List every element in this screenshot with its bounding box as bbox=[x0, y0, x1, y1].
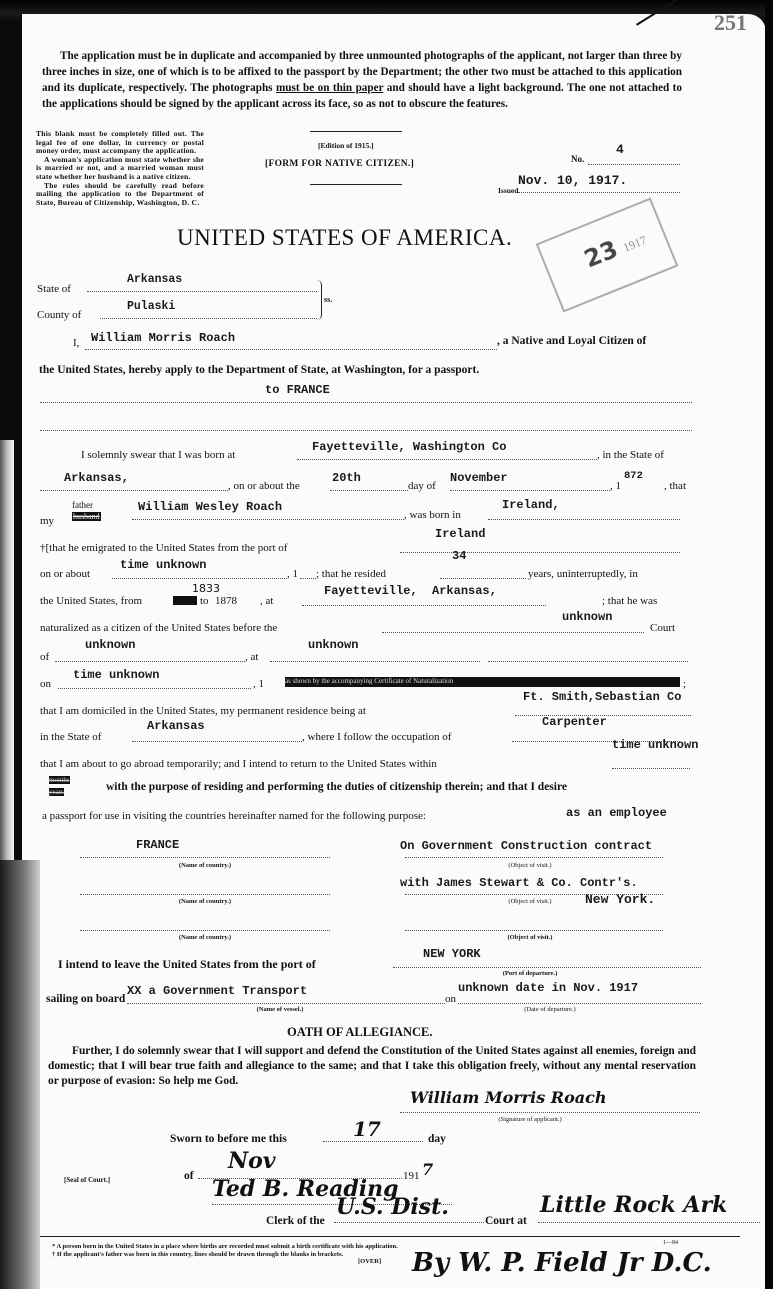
domicile-value: Ft. Smith,Sebastian Co bbox=[523, 690, 681, 704]
deputy-clerk-signature: By W. P. Field Jr D.C. bbox=[412, 1248, 712, 1278]
year-prefix: , 1 bbox=[610, 480, 621, 492]
visit-label: a passport for use in visiting the count… bbox=[42, 810, 426, 822]
domicile-field[interactable]: Ft. Smith,Sebastian Co bbox=[515, 698, 691, 716]
to-year-value[interactable]: 1878 bbox=[215, 595, 237, 607]
clerk-of-label: Clerk of the bbox=[266, 1215, 325, 1227]
oath-text: Further, I do solemnly swear that I will… bbox=[48, 1044, 696, 1089]
footnote-rule bbox=[40, 1236, 740, 1237]
birth-state-value: Arkansas, bbox=[64, 471, 129, 485]
court-of-value: unknown bbox=[85, 638, 135, 652]
years-struck: years bbox=[49, 788, 64, 796]
departure-port-field[interactable]: NEW YORK bbox=[393, 950, 701, 968]
departure-date-value: unknown date in Nov. 1917 bbox=[458, 981, 638, 995]
signature-caption: (Signature of applicant.) bbox=[470, 1116, 590, 1123]
father-name-field[interactable]: William Wesley Roach bbox=[132, 502, 404, 520]
footnote-over: [OVER] bbox=[52, 1258, 398, 1266]
country-field-2[interactable] bbox=[80, 882, 330, 895]
number-field[interactable]: 4 bbox=[588, 142, 680, 165]
sworn-day-label: day bbox=[428, 1133, 446, 1145]
emigration-port-value: Ireland bbox=[435, 527, 485, 541]
emigrated-on-label: on or about bbox=[40, 568, 90, 580]
document-title: UNITED STATES OF AMERICA. bbox=[177, 225, 512, 251]
sworn-month-value: Nov bbox=[228, 1148, 276, 1174]
notice-woman: A woman's application must state whether… bbox=[36, 156, 204, 182]
sworn-label: Sworn to before me this bbox=[170, 1133, 287, 1145]
notice-fee: This blank must be completely filled out… bbox=[36, 130, 204, 156]
state-field[interactable]: Arkansas bbox=[87, 276, 317, 292]
court-of-label: of bbox=[40, 651, 49, 663]
object-caption-2: (Object of visit.) bbox=[480, 898, 580, 905]
from-label: the United States, from bbox=[40, 595, 142, 607]
notice-rules: The rules should be carefully read befor… bbox=[36, 182, 204, 208]
issued-date-value: Nov. 10, 1917. bbox=[518, 173, 627, 188]
county-field[interactable]: Pulaski bbox=[100, 303, 317, 319]
naturalization-court-field[interactable]: unknown bbox=[382, 615, 644, 633]
issued-date-field[interactable]: Nov. 10, 1917. bbox=[518, 172, 680, 193]
court-at-label: , at bbox=[245, 651, 258, 663]
court-at-label-jurat: Court at bbox=[485, 1215, 527, 1227]
birth-month-value: November bbox=[450, 471, 508, 485]
birth-year-value[interactable]: 872 bbox=[624, 470, 643, 482]
vessel-value: XX a Government Transport bbox=[127, 984, 307, 998]
from-year-struck: XXXX bbox=[173, 596, 197, 605]
court-location-value: Little Rock Ark bbox=[540, 1192, 727, 1218]
relation-father: father bbox=[72, 500, 93, 510]
emigration-year-prefix: , 1 bbox=[287, 568, 298, 580]
emigrated-label: †[that he emigrated to the United States… bbox=[40, 542, 287, 554]
to-label: to bbox=[200, 595, 209, 607]
footnotes: * A person born in the United States in … bbox=[52, 1243, 398, 1266]
born-in-label: , was born in bbox=[404, 509, 461, 521]
application-instructions: The application must be in duplicate and… bbox=[42, 48, 682, 112]
apply-text: the United States, hereby apply to the D… bbox=[39, 364, 479, 376]
birth-day-field[interactable]: 20th bbox=[330, 473, 408, 491]
i-label: I, bbox=[73, 337, 79, 349]
naturalization-year-prefix: , 1 bbox=[253, 678, 264, 690]
emigration-year-field[interactable] bbox=[300, 570, 316, 579]
emigration-date-field[interactable]: time unknown bbox=[112, 561, 287, 579]
ss-label: ss. bbox=[324, 295, 332, 304]
state-value: Arkansas bbox=[127, 273, 182, 286]
at-label: , at bbox=[260, 595, 273, 607]
sailing-label: sailing on board bbox=[46, 993, 125, 1005]
destination-field-line-2[interactable] bbox=[40, 418, 692, 431]
years-label: years, uninterruptedly, in bbox=[528, 568, 638, 580]
return-within-field[interactable]: time unknown bbox=[612, 751, 690, 769]
abroad-label: that I am about to go abroad temporarily… bbox=[40, 758, 437, 770]
birthplace-value: Fayetteville, Washington Co bbox=[312, 440, 506, 454]
port-caption: (Port of departure.) bbox=[480, 970, 580, 977]
county-value: Pulaski bbox=[127, 300, 175, 313]
father-name-value: William Wesley Roach bbox=[138, 500, 282, 514]
object-field-3[interactable] bbox=[405, 918, 663, 931]
departure-port-label: I intend to leave the United States from… bbox=[58, 957, 316, 972]
naturalization-certificate-struck: as shown by the accompanying Certificate… bbox=[285, 677, 680, 687]
oath-body: Further, I do solemnly swear that I will… bbox=[48, 1045, 696, 1087]
on-or-about-label: , on or about the bbox=[228, 480, 300, 492]
departure-date-caption: (Date of departure.) bbox=[500, 1006, 600, 1013]
sworn-year-suffix[interactable]: 7 bbox=[422, 1160, 433, 1179]
naturalization-court-value: unknown bbox=[562, 610, 612, 624]
court-location-field[interactable]: Little Rock Ark bbox=[538, 1196, 760, 1223]
number-value: 4 bbox=[616, 142, 624, 157]
country-caption-1: (Name of country.) bbox=[155, 862, 255, 869]
country-value-1: FRANCE bbox=[136, 838, 179, 852]
footnote-birth-certificate: * A person born in the United States in … bbox=[52, 1243, 398, 1251]
object-value-2: with James Stewart & Co. Contr's. bbox=[400, 876, 638, 890]
county-label: County of bbox=[37, 309, 81, 321]
court-label: Court bbox=[650, 622, 675, 634]
from-year-value[interactable]: 1833 bbox=[192, 582, 220, 595]
naturalized-on-label: on bbox=[40, 678, 51, 690]
domiciled-label: that I am domiciled in the United States… bbox=[40, 705, 366, 717]
my-label: my bbox=[40, 515, 54, 527]
destination-value: to FRANCE bbox=[265, 383, 330, 397]
form-code: 1—84 bbox=[663, 1240, 678, 1246]
applicant-signature: William Morris Roach bbox=[410, 1088, 606, 1107]
naturalized-label: naturalized as a citizen of the United S… bbox=[40, 622, 277, 634]
emigration-port-field[interactable]: Ireland bbox=[400, 535, 680, 553]
applicant-name-value: William Morris Roach bbox=[91, 331, 235, 345]
scan-left-edge-shadow bbox=[0, 440, 14, 860]
country-caption-2: (Name of country.) bbox=[155, 898, 255, 905]
footnote-father-born: † If the applicant's father was born in … bbox=[52, 1251, 398, 1259]
native-citizen-text: , a Native and Loyal Citizen of bbox=[497, 335, 646, 347]
number-label: No. bbox=[571, 154, 584, 164]
residence-state-field[interactable]: Arkansas bbox=[132, 724, 302, 742]
birth-day-value: 20th bbox=[332, 471, 361, 485]
filing-notice: This blank must be completely filled out… bbox=[36, 130, 204, 207]
venue-bracket bbox=[317, 280, 322, 320]
birth-state-field[interactable]: Arkansas, bbox=[40, 473, 228, 491]
years-resided-field[interactable]: 34 bbox=[440, 561, 526, 579]
country-field-3[interactable] bbox=[80, 918, 330, 931]
day-of-label: day of bbox=[408, 480, 436, 492]
birthplace-field[interactable]: Fayetteville, Washington Co bbox=[297, 442, 597, 460]
court-name-field[interactable]: U.S. Dist. bbox=[334, 1200, 484, 1223]
edition-rule-bottom bbox=[310, 184, 402, 185]
birth-month-field[interactable]: November bbox=[450, 473, 610, 491]
court-at-value: unknown bbox=[308, 638, 358, 652]
state-of-label: , in the State of bbox=[597, 449, 664, 461]
object-value-1: On Government Construction contract bbox=[400, 839, 652, 853]
born-at-label: I solemnly swear that I was born at bbox=[81, 449, 235, 461]
occupation-value: Carpenter bbox=[542, 715, 607, 729]
father-birthplace-value: Ireland, bbox=[502, 498, 560, 512]
object-caption-3: (Object of visit.) bbox=[480, 934, 580, 941]
object-field-1[interactable]: On Government Construction contract bbox=[405, 840, 663, 858]
departure-port-value: NEW YORK bbox=[423, 947, 481, 961]
father-birthplace-field[interactable]: Ireland, bbox=[488, 502, 680, 520]
edition-rule-top bbox=[310, 131, 402, 132]
edition-label: [Edition of 1915.] bbox=[318, 141, 374, 150]
scan-binding-shadow bbox=[0, 860, 40, 1289]
destination-field[interactable]: to FRANCE bbox=[40, 385, 692, 403]
father-residence-value: Fayetteville, Arkansas, bbox=[324, 584, 497, 598]
that-he-was-label: ; that he was bbox=[602, 595, 657, 607]
sailing-on-label: on bbox=[445, 993, 456, 1005]
applicant-signature-field[interactable]: William Morris Roach bbox=[400, 1090, 700, 1113]
departure-date-field[interactable]: unknown date in Nov. 1917 bbox=[458, 986, 701, 1004]
object-caption-1: (Object of visit.) bbox=[480, 862, 580, 869]
seal-of-court-label: [Seal of Court.] bbox=[64, 1176, 110, 1184]
sworn-day-field[interactable]: 17 bbox=[323, 1125, 423, 1142]
residence-state-value: Arkansas bbox=[147, 719, 205, 733]
relation-husband-struck: husband bbox=[72, 512, 101, 521]
emigration-date-value: time unknown bbox=[120, 558, 206, 572]
that-label: , that bbox=[664, 480, 686, 492]
state-label: State of bbox=[37, 283, 71, 295]
father-residence-field[interactable]: Fayetteville, Arkansas, bbox=[302, 588, 546, 606]
oath-title: OATH OF ALLEGIANCE. bbox=[287, 1025, 433, 1040]
naturalization-date-value: time unknown bbox=[73, 668, 159, 682]
applicant-name-field[interactable]: William Morris Roach bbox=[85, 333, 497, 350]
court-extra-field[interactable] bbox=[488, 644, 688, 662]
stamp-day: 23 bbox=[580, 235, 621, 273]
sworn-day-value: 17 bbox=[353, 1117, 381, 1141]
country-field-1[interactable]: FRANCE bbox=[80, 840, 330, 858]
country-caption-3: (Name of country.) bbox=[155, 934, 255, 941]
purpose-value[interactable]: as an employee bbox=[566, 806, 667, 820]
object-extra-value: New York. bbox=[585, 892, 655, 907]
vessel-field[interactable]: XX a Government Transport bbox=[127, 986, 445, 1004]
form-type-label: [FORM FOR NATIVE CITIZEN.] bbox=[265, 159, 414, 169]
purpose-label: with the purpose of residing and perform… bbox=[106, 781, 567, 793]
court-name-value: U.S. Dist. bbox=[336, 1194, 449, 1220]
years-resided-value: 34 bbox=[452, 549, 466, 563]
occupation-label: , where I follow the occupation of bbox=[302, 731, 451, 743]
sworn-of-label: of bbox=[184, 1170, 194, 1182]
semicolon: ; bbox=[683, 678, 686, 690]
court-of-field[interactable]: unknown bbox=[55, 644, 245, 662]
resided-label: ; that he resided bbox=[316, 568, 386, 580]
instructions-underlined: must be on thin paper bbox=[276, 82, 383, 94]
issued-label: Issued bbox=[498, 186, 518, 195]
months-struck: months bbox=[49, 776, 70, 784]
court-at-field[interactable]: unknown bbox=[270, 644, 480, 662]
stamp-year: 1917 bbox=[621, 233, 649, 256]
vessel-caption: (Name of vessel.) bbox=[230, 1006, 330, 1013]
page-number: 251 bbox=[714, 10, 747, 36]
naturalization-date-field[interactable]: time unknown bbox=[58, 671, 251, 689]
residence-state-label: in the State of bbox=[40, 731, 101, 743]
scan-right-edge bbox=[765, 0, 773, 1289]
return-within-value: time unknown bbox=[612, 738, 698, 752]
